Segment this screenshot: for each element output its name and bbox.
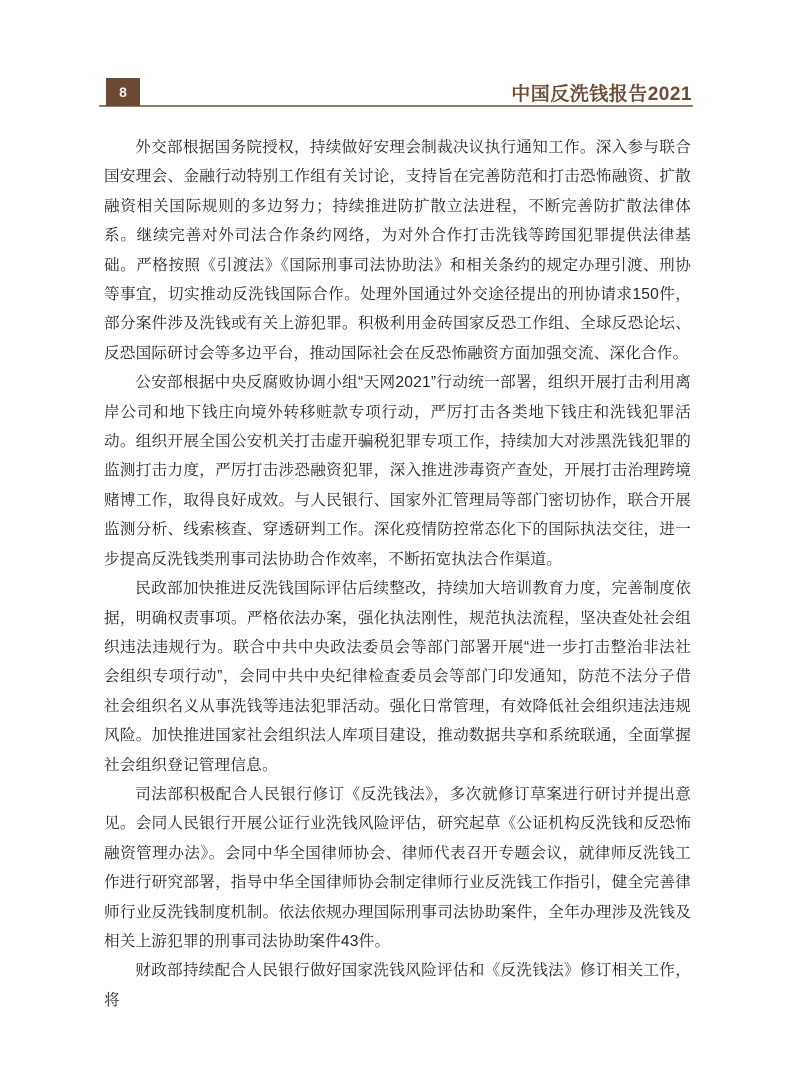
report-page: 8 中国反洗钱报告2021 外交部根据国务院授权，持续做好安理会制裁决议执行通知… bbox=[0, 0, 793, 1077]
report-title: 中国反洗钱报告2021 bbox=[511, 79, 692, 106]
page-header: 8 中国反洗钱报告2021 bbox=[99, 78, 693, 106]
page-number: 8 bbox=[119, 84, 127, 100]
page-number-badge: 8 bbox=[106, 78, 140, 106]
body-paragraph: 外交部根据国务院授权，持续做好安理会制裁决议执行通知工作。深入参与联合国安理会、… bbox=[104, 133, 691, 368]
body-paragraph: 民政部加快推进反洗钱国际评估后续整改，持续加大培训教育力度，完善制度依据，明确权… bbox=[104, 574, 691, 780]
body-paragraph: 公安部根据中央反腐败协调小组“天网2021”行动统一部署，组织开展打击利用离岸公… bbox=[104, 368, 691, 574]
body-text: 外交部根据国务院授权，持续做好安理会制裁决议执行通知工作。深入参与联合国安理会、… bbox=[104, 133, 691, 1015]
body-paragraph: 财政部持续配合人民银行做好国家洗钱风险评估和《反洗钱法》修订相关工作，将 bbox=[104, 956, 691, 1015]
body-paragraph: 司法部积极配合人民银行修订《反洗钱法》，多次就修订草案进行研讨并提出意见。会同人… bbox=[104, 780, 691, 956]
